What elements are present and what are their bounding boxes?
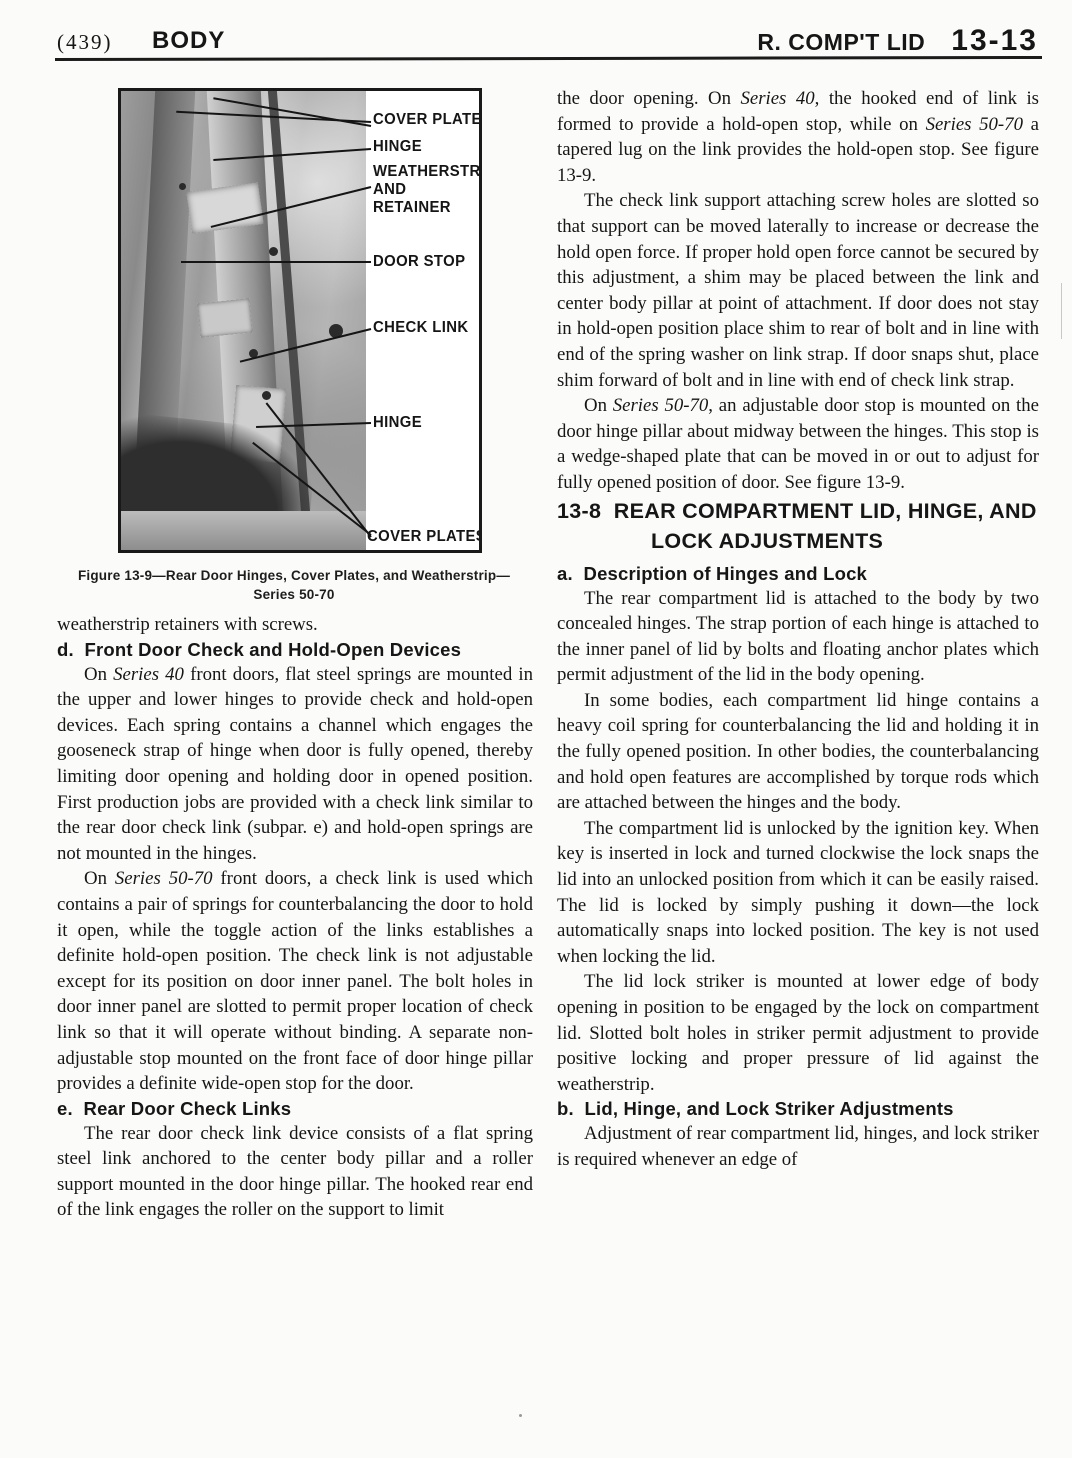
paragraph-series-40: On Series 40 front doors, flat steel spr… [57,662,533,867]
paragraph-a1: The rear compartment lid is attached to … [557,586,1039,688]
paragraph-door-opening: the door opening. On Series 40, the hook… [557,86,1039,188]
figure-label-cover-plates-bottom: COVER PLATES [367,528,482,546]
paragraph-b1: Adjustment of rear compartment lid, hing… [557,1121,1039,1172]
header-rule [55,56,1042,61]
left-column: weatherstrip retainers with screws. d. F… [57,612,533,1223]
subheading-e: e. Rear Door Check Links [57,1097,533,1121]
right-column: the door opening. On Series 40, the hook… [557,86,1039,1173]
figure-caption: Figure 13-9—Rear Door Hinges, Cover Plat… [55,566,533,604]
running-title: R. COMP'T LID [757,29,925,55]
paragraph-a3: The compartment lid is unlocked by the i… [557,816,1039,970]
page-reference: (439) [57,30,113,55]
section-title: BODY [152,27,225,55]
paragraph-continuation: weatherstrip retainers with screws. [57,612,533,638]
running-header: R. COMP'T LID 13-13 [757,24,1038,58]
scan-artifact-line [1061,283,1062,339]
page-number: 13-13 [951,24,1038,57]
paragraph-a4: The lid lock striker is mounted at lower… [557,969,1039,1097]
paragraph-rear-check-link: The rear door check link device consists… [57,1121,533,1223]
figure-label-cover-plates-top: COVER PLATES [373,111,482,129]
figure-label-door-stop: DOOR STOP [373,253,465,271]
figure-label-hinge-top: HINGE [373,138,422,156]
scan-artifact-dot [519,1414,522,1417]
section-heading-13-8: 13-8 REAR COMPARTMENT LID, HINGE, AND LO… [557,496,1039,556]
figure-caption-line2: Series 50-70 [55,585,533,604]
paragraph-a2: In some bodies, each compartment lid hin… [557,688,1039,816]
figure-label-hinge-bottom: HINGE [373,414,422,432]
figure-caption-line1: Figure 13-9—Rear Door Hinges, Cover Plat… [55,566,533,585]
manual-page: (439) BODY R. COMP'T LID 13-13 [0,0,1072,1458]
leader-line [181,261,371,263]
figure-label-weatherstrip: WEATHERSTRIP AND RETAINER [373,163,482,217]
subheading-d: d. Front Door Check and Hold-Open Device… [57,638,533,662]
figure-13-9: COVER PLATES HINGE WEATHERSTRIP AND RETA… [118,88,482,553]
subheading-a: a. Description of Hinges and Lock [557,562,1039,586]
paragraph-series-50-70: On Series 50-70 front doors, a check lin… [57,866,533,1096]
subheading-b: b. Lid, Hinge, and Lock Striker Adjustme… [557,1097,1039,1121]
figure-label-check-link: CHECK LINK [373,319,468,337]
paragraph-check-link-support: The check link support attaching screw h… [557,188,1039,393]
paragraph-adjustable-stop: On Series 50-70, an adjustable door stop… [557,393,1039,495]
